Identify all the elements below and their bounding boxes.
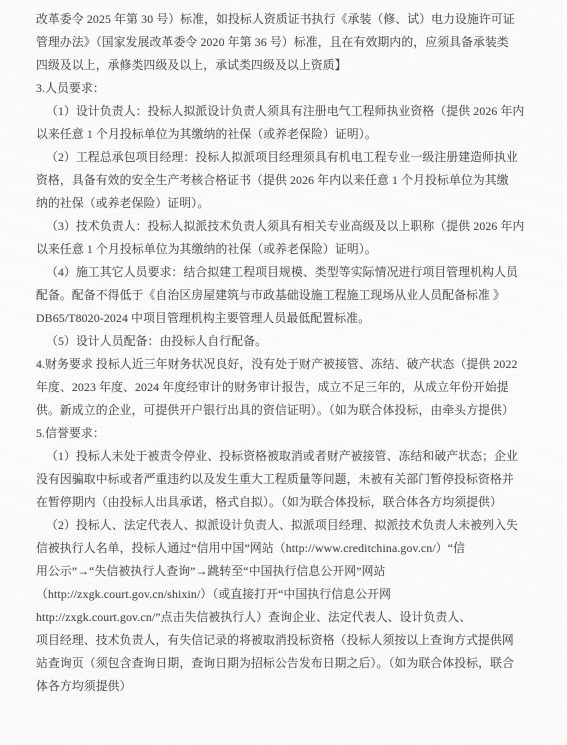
document-text-block: 改革委令 2025 年第 30 号）标准，如投标人资质证书执行《承装（修、试）电…: [36, 8, 539, 698]
text-line: 站查询页（须包含查询日期，查询日期为招标公告发布日期之后）。（如为联合体投标，联…: [36, 652, 539, 675]
text-line: （1）设计负责人：投标人拟派设计负责人须具有注册电气工程师执业资格（提供 202…: [36, 100, 539, 123]
document-page: 改革委令 2025 年第 30 号）标准，如投标人资质证书执行《承装（修、试）电…: [0, 0, 567, 745]
text-line: （http://zxgk.court.gov.cn/shixin/）（或直接打开…: [36, 583, 539, 606]
text-line: 5.信誉要求：: [36, 422, 539, 445]
text-line: 以来任意 1 个月投标单位为其缴纳的社保（或养老保险）证明）。: [36, 123, 539, 146]
text-line: （2）投标人、法定代表人、拟派设计负责人、拟派项目经理、拟派技术负责人未被列入失: [36, 514, 539, 537]
text-line: 体各方均须提供）: [36, 675, 539, 698]
text-line: 3.人员要求：: [36, 77, 539, 100]
text-line: http://zxgk.court.gov.cn/”点击失信被执行人）查询企业、…: [36, 606, 539, 629]
text-line: 没有因骗取中标或者严重违约以及发生重大工程质量等问题，未被有关部门暂停投标资格并: [36, 468, 539, 491]
text-line: 供。新成立的企业，可提供开户银行出具的资信证明）。（如为联合体投标，由牵头方提供…: [36, 399, 539, 422]
text-line: 在暂停期内（由投标人出具承诺，格式自拟）。（如为联合体投标，联合体各方均须提供）: [36, 491, 539, 514]
text-line: 用公示”→“失信被执行人查询”→跳转至“中国执行信息公开网”网站: [36, 560, 539, 583]
text-line: 资格，具备有效的安全生产考核合格证书（提供 2026 年内以来任意 1 个月投标…: [36, 169, 539, 192]
text-line: 配备。配备不得低于《自治区房屋建筑与市政基础设施工程施工现场从业人员配备标准 》: [36, 284, 539, 307]
text-line: （4）施工其它人员要求：结合拟建工程项目规模、类型等实际情况进行项目管理机构人员: [36, 261, 539, 284]
text-line: 信被执行人名单，投标人通过“信用中国”网站（http://www.creditc…: [36, 537, 539, 560]
text-line: 四级及以上，承修类四级及以上，承试类四级及以上资质】: [36, 54, 539, 77]
text-line: （3）技术负责人：投标人拟派技术负责人须具有相关专业高级及以上职称（提供 202…: [36, 215, 539, 238]
text-line: 纳的社保（或养老保险）证明）。: [36, 192, 539, 215]
text-line: 管理办法》（国家发展改革委令 2020 年第 36 号）标准，且在有效期内的，应…: [36, 31, 539, 54]
text-line: （1）投标人未处于被责令停业、投标资格被取消或者财产被接管、冻结和破产状态；企业: [36, 445, 539, 468]
text-line: DB65/T8020-2024 中项目管理机构主要管理人员最低配置标准。: [36, 307, 539, 330]
text-line: 年度、2023 年度、2024 年度经审计的财务审计报告，成立不足三年的，从成立…: [36, 376, 539, 399]
text-line: 4.财务要求 投标人近三年财务状况良好，没有处于财产被接管、冻结、破产状态（提供…: [36, 353, 539, 376]
text-line: 项目经理、技术负责人，有失信记录的将被取消投标资格（投标人须按以上查询方式提供网: [36, 629, 539, 652]
text-line: （5）设计人员配备：由投标人自行配备。: [36, 330, 539, 353]
text-line: 改革委令 2025 年第 30 号）标准，如投标人资质证书执行《承装（修、试）电…: [36, 8, 539, 31]
text-line: 以来任意 1 个月投标单位为其缴纳的社保（或养老保险）证明）。: [36, 238, 539, 261]
text-line: （2）工程总承包项目经理：投标人拟派项目经理须具有机电工程专业一级注册建造师执业: [36, 146, 539, 169]
